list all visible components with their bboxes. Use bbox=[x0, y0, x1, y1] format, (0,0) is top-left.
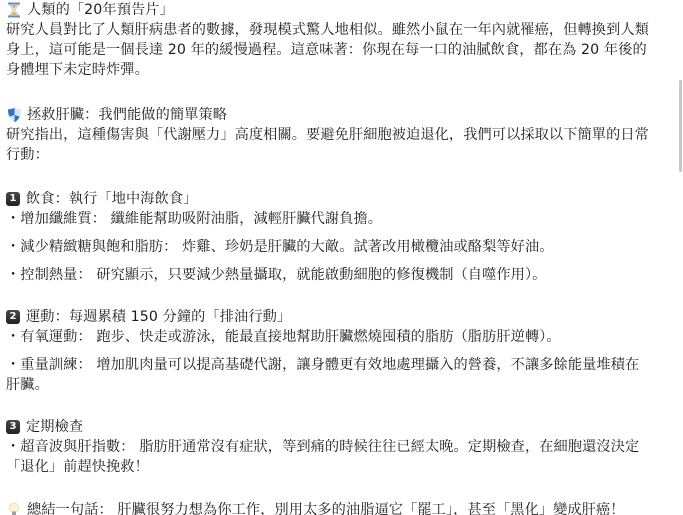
intro-heading: 人類的「20年預告片」 bbox=[6, 0, 674, 20]
strategy-line: 研究指出，這種傷害與「代謝壓力」高度相關。要避免肝細胞被迫退化，我們可以採取以下… bbox=[6, 125, 674, 145]
post-content: 人類的「20年預告片」 研究人員對比了人類肝病患者的數據，發現模式驚人地相似。雖… bbox=[6, 0, 674, 515]
exercise-heading: 2 運動：每週累積 150 分鐘的「排油行動」 bbox=[6, 307, 674, 327]
shield-icon bbox=[6, 107, 22, 123]
diet-bullet: ・減少精緻糖與飽和脂肪： 炸雞、珍奶是肝臟的大敵。試著改用橄欖油或酪梨等好油。 bbox=[6, 237, 674, 257]
summary: 總結一句話： 肝臟很努力想為你工作，別用太多的油脂逼它「罷工」，甚至「黑化」變成… bbox=[6, 500, 674, 515]
intro-line: 研究人員對比了人類肝病患者的數據，發現模式驚人地相似。雖然小鼠在一年內就罹癌，但… bbox=[6, 20, 674, 40]
keycap-3-icon: 3 bbox=[6, 420, 20, 434]
vertical-scrollbar[interactable] bbox=[679, 80, 682, 172]
intro-line: 身體埋下未定時炸彈。 bbox=[6, 60, 674, 80]
checkup-heading: 3 定期檢查 bbox=[6, 417, 674, 437]
diet-heading: 1 飲食：執行「地中海飲食」 bbox=[6, 189, 674, 209]
exercise-title: 運動：每週累積 150 分鐘的「排油行動」 bbox=[26, 307, 291, 327]
exercise-bullet: ・重量訓練： 增加肌肉量可以提高基礎代謝，讓身體更有效地處理攝入的營養，不讓多餘… bbox=[6, 355, 674, 375]
checkup-line: 「退化」前趕快挽救！ bbox=[6, 457, 674, 477]
summary-text: 總結一句話： 肝臟很努力想為你工作，別用太多的油脂逼它「罷工」，甚至「黑化」變成… bbox=[27, 500, 625, 515]
diet-title: 飲食：執行「地中海飲食」 bbox=[26, 189, 197, 209]
diet-bullet: ・控制熱量： 研究顯示，只要減少熱量攝取，就能啟動細胞的修復機制（自噬作用）。 bbox=[6, 265, 674, 285]
strategy-heading: 拯救肝臟：我們能做的簡單策略 bbox=[6, 105, 674, 125]
hourglass-icon bbox=[6, 2, 22, 18]
strategy-title: 拯救肝臟：我們能做的簡單策略 bbox=[27, 105, 227, 125]
strategy-line: 行動： bbox=[6, 145, 674, 165]
diet-bullet: ・增加纖維質： 纖維能幫助吸附油脂，減輕肝臟代謝負擔。 bbox=[6, 209, 674, 229]
keycap-2-icon: 2 bbox=[6, 310, 20, 324]
exercise-bullet-continuation: 肝臟。 bbox=[6, 375, 674, 395]
exercise-bullet: ・有氧運動： 跑步、快走或游泳，能最直接地幫助肝臟燃燒囤積的脂肪（脂肪肝逆轉）。 bbox=[6, 327, 674, 347]
intro-line: 身上，這可能是一個長達 20 年的緩慢過程。這意味著：你現在每一口的油膩飲食，都… bbox=[6, 40, 674, 60]
checkup-title: 定期檢查 bbox=[26, 417, 83, 437]
keycap-1-icon: 1 bbox=[6, 192, 20, 206]
intro-title: 人類的「20年預告片」 bbox=[27, 0, 174, 20]
lightbulb-icon bbox=[6, 502, 22, 515]
checkup-line: ・超音波與肝指數： 脂肪肝通常沒有症狀，等到痛的時候往往已經太晚。定期檢查，在細… bbox=[6, 437, 674, 457]
